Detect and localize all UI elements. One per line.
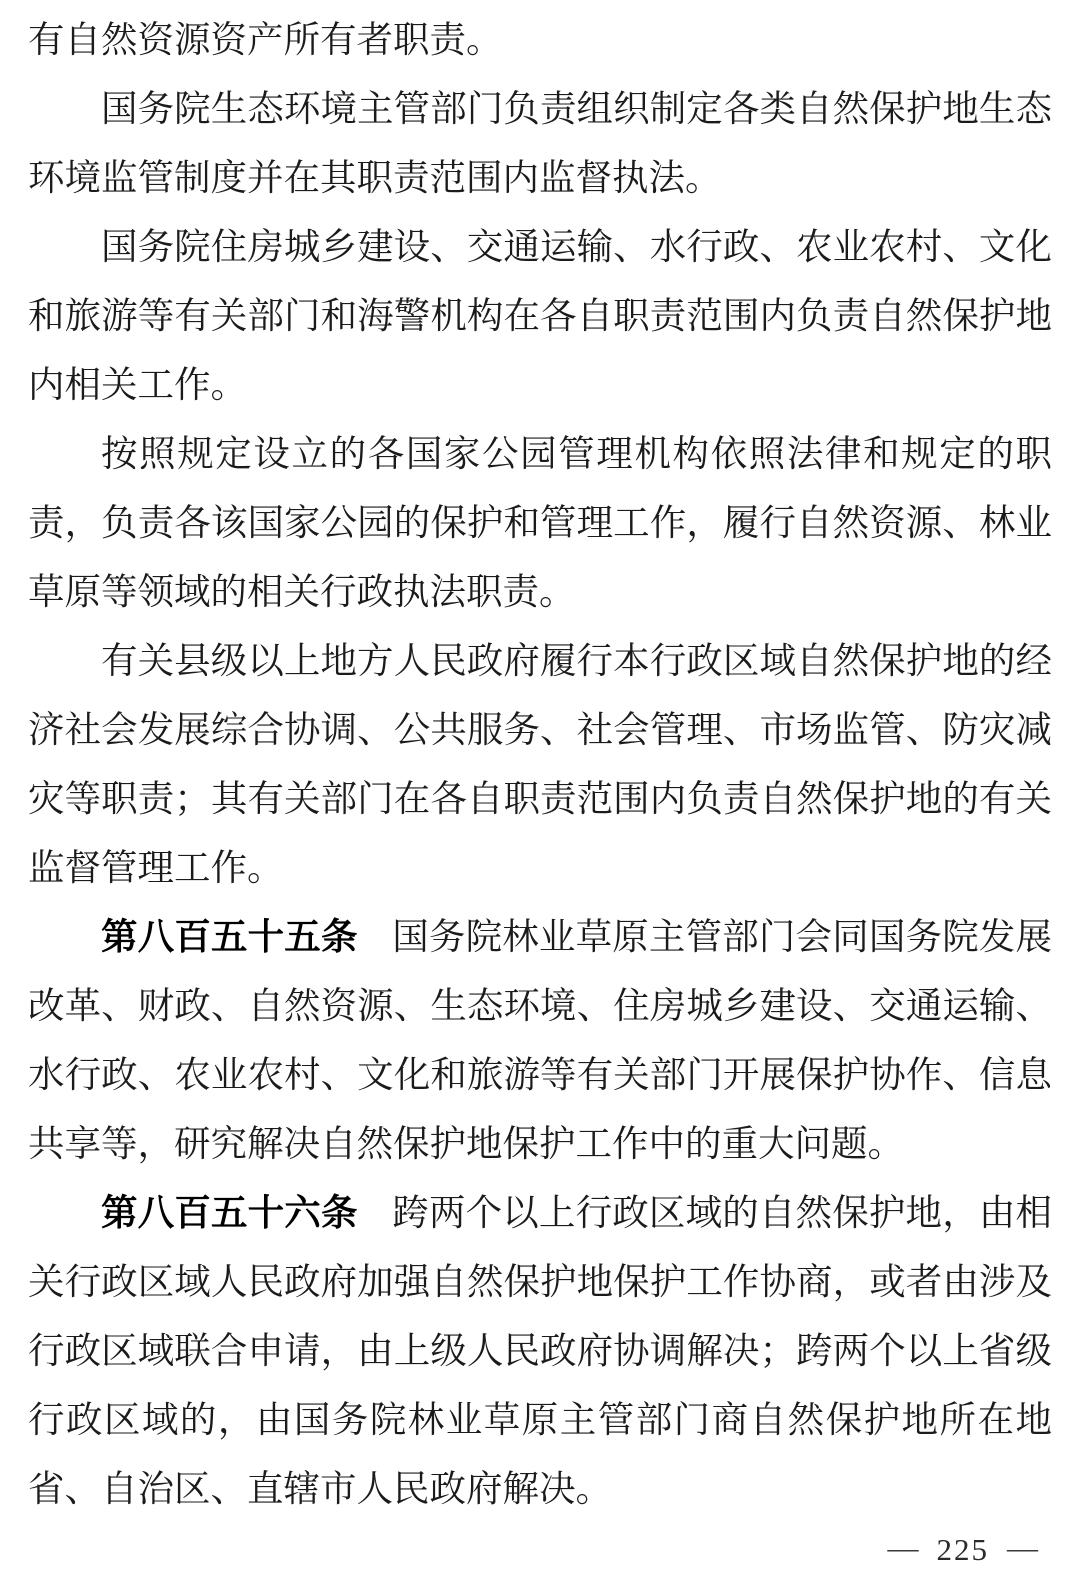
page-number: 225 [937,1532,990,1568]
document-page: 有自然资源资产所有者职责。 国务院生态环境主管部门负责组织制定各类自然保护地生态… [0,0,1080,1596]
text-block: 有自然资源资产所有者职责。 国务院生态环境主管部门负责组织制定各类自然保护地生态… [28,5,1052,1523]
paragraph-text: 有关县级以上地方人民政府履行本行政区域自然保护地的经济社会发展综合协调、公共服务… [28,640,1052,888]
paragraph: 国务院住房城乡建设、交通运输、水行政、农业农村、文化和旅游等有关部门和海警机构在… [28,212,1052,419]
paragraph-article-855: 第八百五十五条国务院林业草原主管部门会同国务院发展改革、财政、自然资源、生态环境… [28,902,1052,1178]
footer-right-dash: — [1007,1530,1038,1566]
article-number: 第八百五十六条 [101,1192,358,1233]
paragraph-text: 按照规定设立的各国家公园管理机构依照法律和规定的职责，负责各该国家公园的保护和管… [28,433,1052,612]
footer-left-dash: — [888,1530,919,1566]
paragraph-text: 国务院住房城乡建设、交通运输、水行政、农业农村、文化和旅游等有关部门和海警机构在… [28,226,1052,405]
paragraph-text: 有自然资源资产所有者职责。 [28,19,503,60]
paragraph-text: 跨两个以上行政区域的自然保护地，由相关行政区域人民政府加强自然保护地保护工作协商… [28,1192,1052,1509]
paragraph: 国务院生态环境主管部门负责组织制定各类自然保护地生态环境监管制度并在其职责范围内… [28,74,1052,212]
paragraph-text: 国务院生态环境主管部门负责组织制定各类自然保护地生态环境监管制度并在其职责范围内… [28,88,1052,198]
article-number: 第八百五十五条 [101,916,358,957]
paragraph: 有自然资源资产所有者职责。 [28,5,1052,74]
paragraph: 有关县级以上地方人民政府履行本行政区域自然保护地的经济社会发展综合协调、公共服务… [28,626,1052,902]
paragraph: 按照规定设立的各国家公园管理机构依照法律和规定的职责，负责各该国家公园的保护和管… [28,419,1052,626]
page-footer: —225— [0,1532,1080,1568]
paragraph-article-856: 第八百五十六条跨两个以上行政区域的自然保护地，由相关行政区域人民政府加强自然保护… [28,1178,1052,1523]
